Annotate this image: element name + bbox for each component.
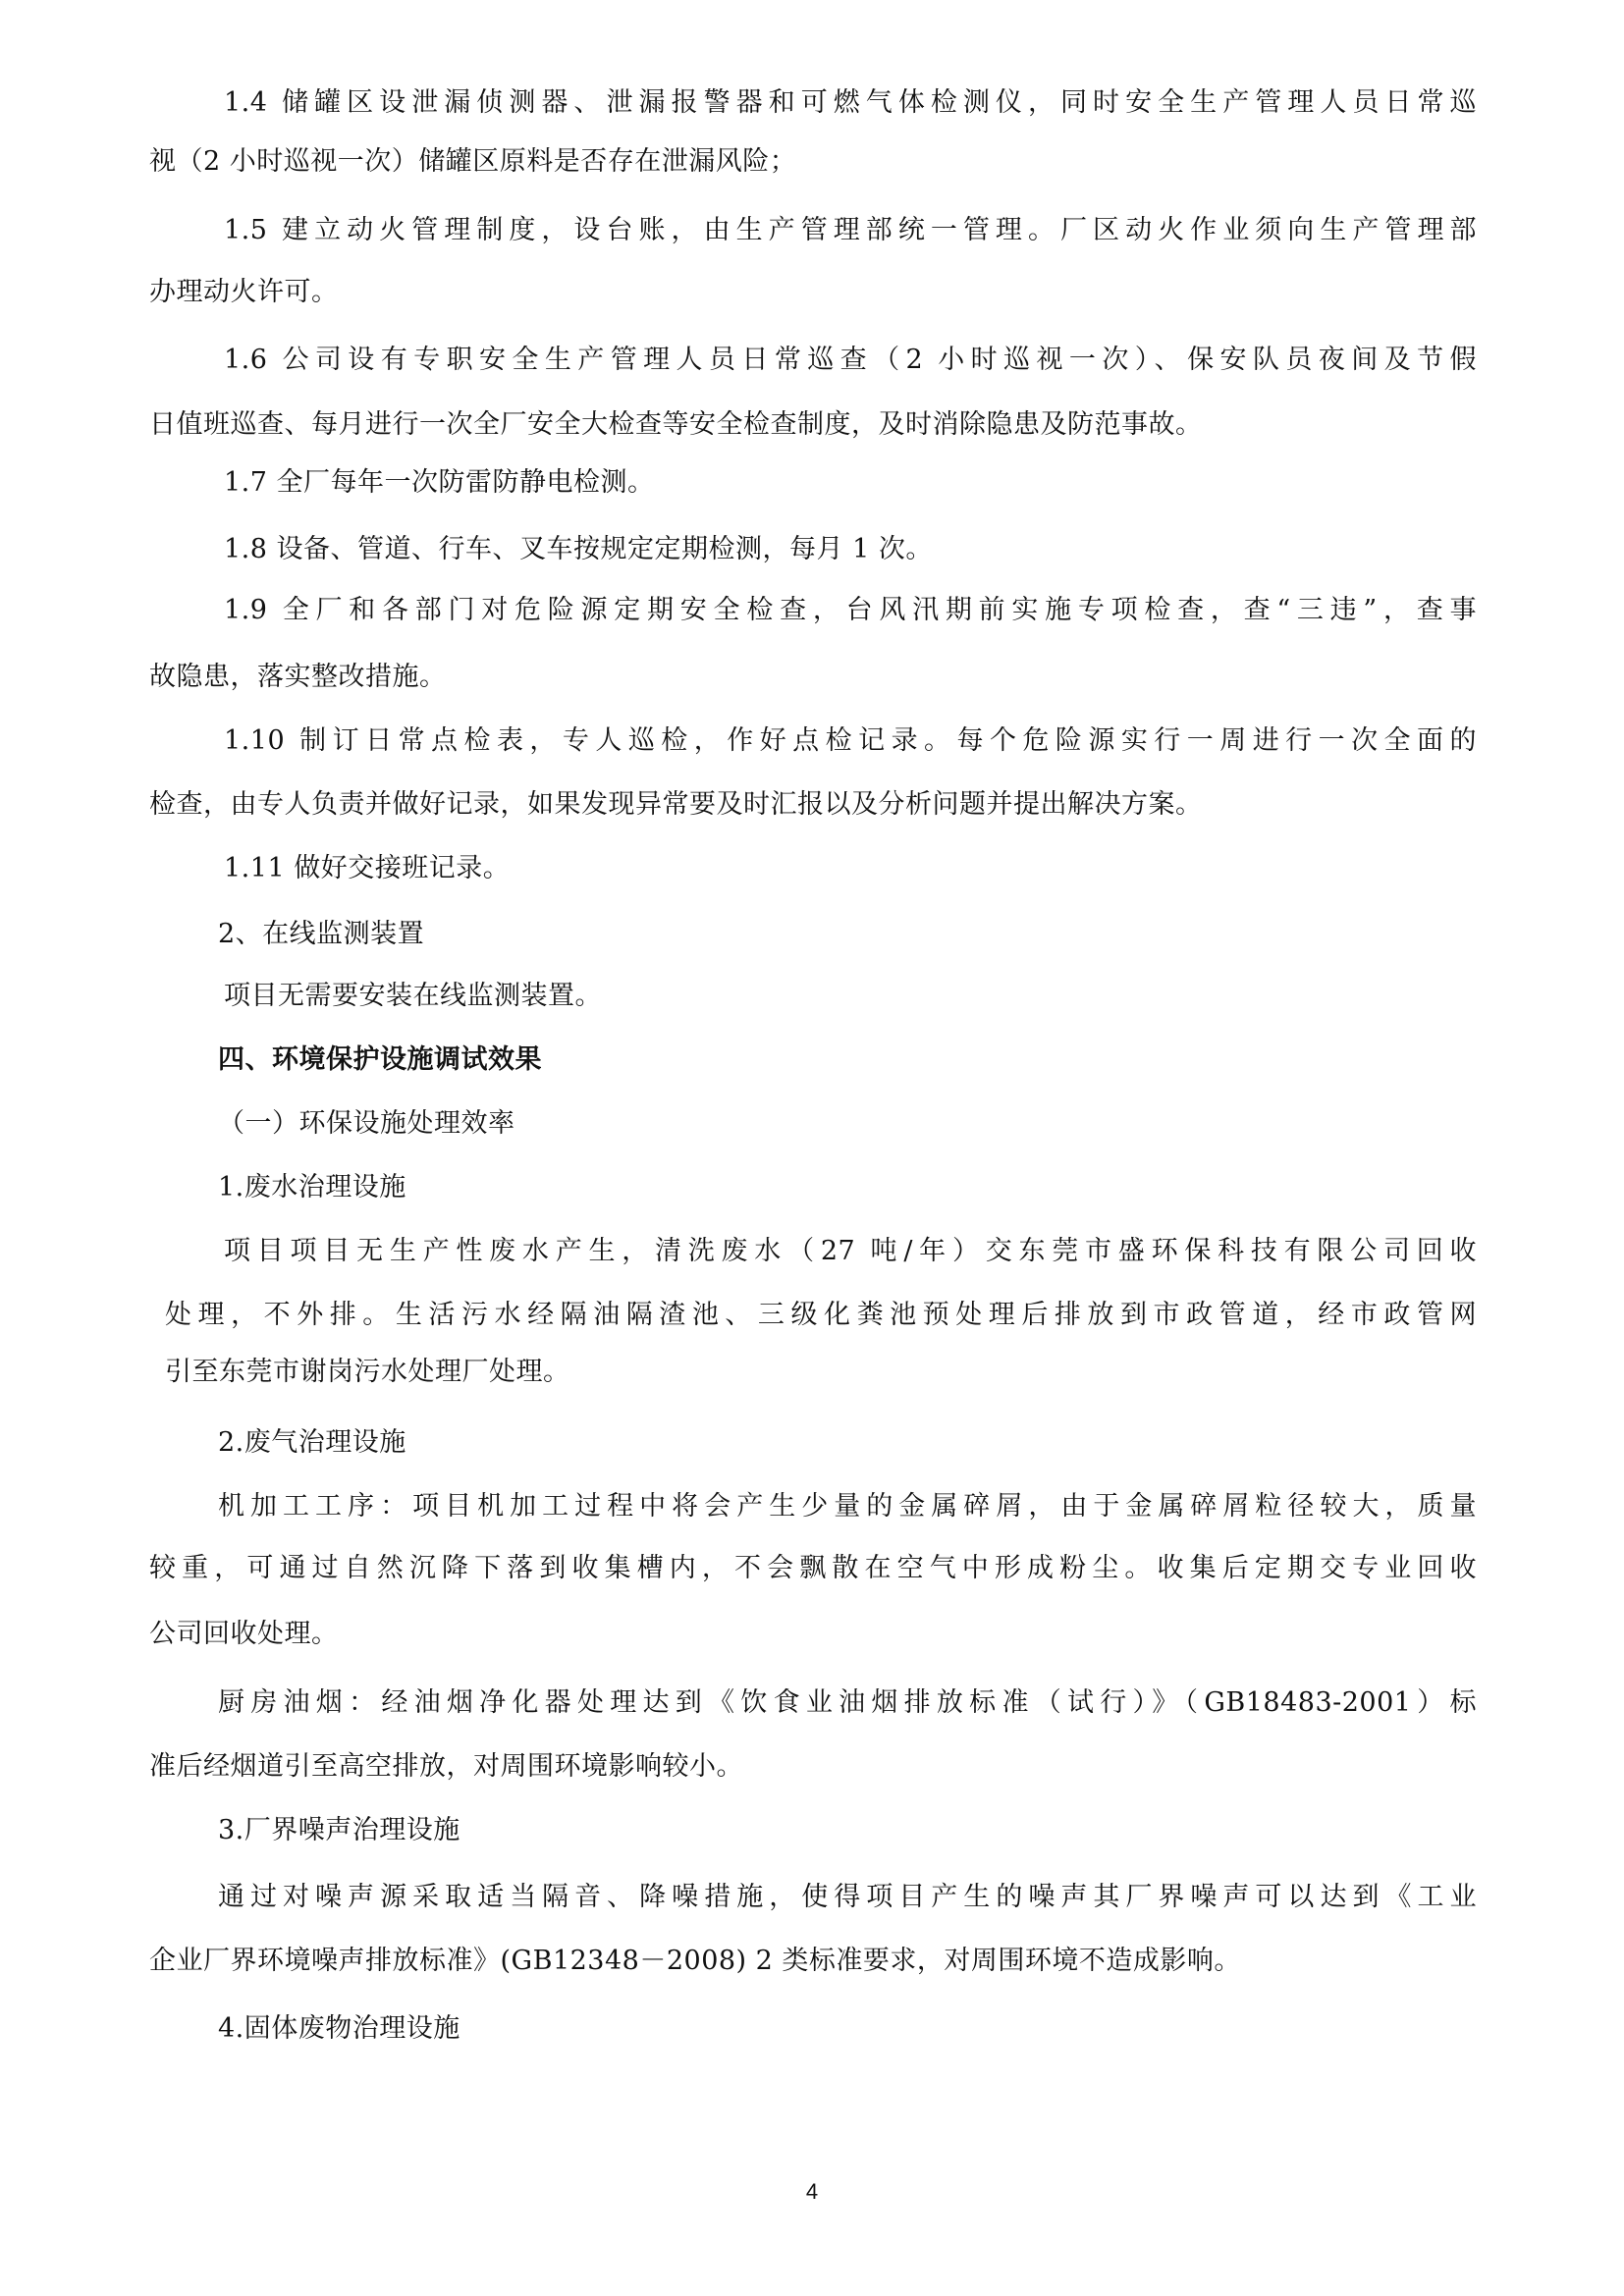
wastewater-heading: 1.废水治理设施 xyxy=(218,1171,1477,1204)
item-1-9-line-2: 故隐患，落实整改措施。 xyxy=(149,661,1477,694)
machining-line-3: 公司回收处理。 xyxy=(149,1618,1477,1651)
wastewater-line-1: 项目项目无生产性废水产生，清洗废水（27 吨/年）交东莞市盛环保科技有限公司回收 xyxy=(224,1235,1477,1268)
machining-line-2: 较重，可通过自然沉降下落到收集槽内，不会飘散在空气中形成粉尘。收集后定期交专业回… xyxy=(149,1552,1477,1585)
item-1-7: 1.7 全厂每年一次防雷防静电检测。 xyxy=(224,466,1477,500)
item-1-4-line-2: 视（2 小时巡视一次）储罐区原料是否存在泄漏风险； xyxy=(149,145,1477,179)
item-1-10-line-2: 检查，由专人负责并做好记录，如果发现异常要及时汇报以及分析问题并提出解决方案。 xyxy=(149,788,1477,822)
waste-gas-heading: 2.废气治理设施 xyxy=(218,1426,1477,1460)
wastewater-line-3: 引至东莞市谢岗污水处理厂处理。 xyxy=(165,1356,1477,1389)
online-monitoring-body: 项目无需要安装在线监测装置。 xyxy=(224,980,1477,1013)
online-monitoring-heading: 2、在线监测装置 xyxy=(218,918,1477,951)
wastewater-line-2: 处理，不外排。生活污水经隔油隔渣池、三级化粪池预处理后排放到市政管道，经市政管网 xyxy=(165,1299,1477,1332)
item-1-6-line-2: 日值班巡查、每月进行一次全厂安全大检查等安全检查制度，及时消除隐患及防范事故。 xyxy=(149,408,1477,442)
item-1-11: 1.11 做好交接班记录。 xyxy=(224,852,1477,885)
item-1-6-line-1: 1.6 公司设有专职安全生产管理人员日常巡查（2 小时巡视一次）、保安队员夜间及… xyxy=(224,344,1477,377)
section-four-heading: 四、环境保护设施调试效果 xyxy=(218,1043,1477,1077)
noise-line-1: 通过对噪声源采取适当隔音、降噪措施，使得项目产生的噪声其厂界噪声可以达到《工业 xyxy=(218,1881,1477,1914)
item-1-8: 1.8 设备、管道、行车、叉车按规定定期检测，每月 1 次。 xyxy=(224,533,1477,566)
item-1-9-line-1: 1.9 全厂和各部门对危险源定期安全检查，台风汛期前实施专项检查，查“三违”，查… xyxy=(224,594,1477,627)
item-1-5-line-2: 办理动火许可。 xyxy=(149,276,1477,309)
solid-waste-heading: 4.固体废物治理设施 xyxy=(218,2012,1477,2046)
item-1-10-line-1: 1.10 制订日常点检表，专人巡检，作好点检记录。每个危险源实行一周进行一次全面… xyxy=(224,724,1477,758)
item-1-5-line-1: 1.5 建立动火管理制度，设台账，由生产管理部统一管理。厂区动火作业须向生产管理… xyxy=(224,214,1477,247)
noise-line-2: 企业厂界环境噪声排放标准》(GB12348－2008) 2 类标准要求，对周围环… xyxy=(149,1945,1477,1978)
page-number: 4 xyxy=(0,2177,1624,2207)
kitchen-fume-line-1: 厨房油烟：经油烟净化器处理达到《饮食业油烟排放标准（试行）》（GB18483-2… xyxy=(218,1686,1477,1720)
noise-heading: 3.厂界噪声治理设施 xyxy=(218,1814,1477,1847)
document-page: 1.4 储罐区设泄漏侦测器、泄漏报警器和可燃气体检测仪，同时安全生产管理人员日常… xyxy=(0,0,1624,2296)
section-four-subheading: （一）环保设施处理效率 xyxy=(218,1107,1477,1141)
machining-line-1: 机加工工序：项目机加工过程中将会产生少量的金属碎屑，由于金属碎屑粒径较大，质量 xyxy=(218,1490,1477,1523)
item-1-4-line-1: 1.4 储罐区设泄漏侦测器、泄漏报警器和可燃气体检测仪，同时安全生产管理人员日常… xyxy=(224,86,1477,120)
kitchen-fume-line-2: 准后经烟道引至高空排放，对周围环境影响较小。 xyxy=(149,1750,1477,1784)
